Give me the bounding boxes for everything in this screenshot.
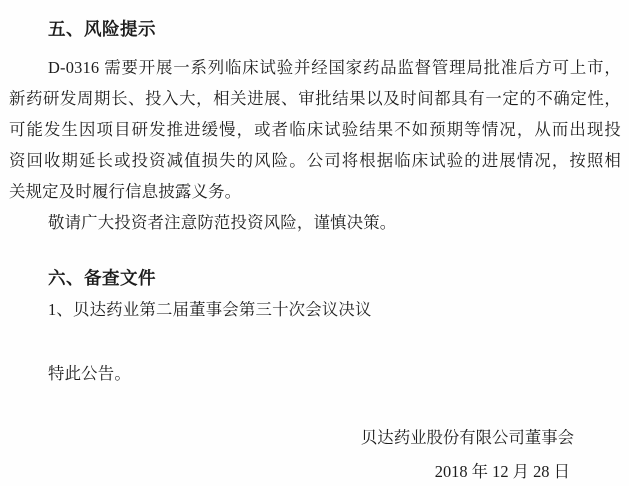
risk-paragraph-line-3: 可能发生因项目研发推进缓慢，或者临床试验结果不如预期等情况，从而出现投: [9, 114, 621, 145]
risk-paragraph-line-5: 关规定及时履行信息披露义务。: [9, 176, 621, 207]
announcement-document-page: 五、风险提示 D-0316 需要开展一系列临床试验并经国家药品监督管理局批准后方…: [0, 0, 629, 486]
risk-paragraph: D-0316 需要开展一系列临床试验并经国家药品监督管理局批准后方可上市， 新药…: [9, 52, 621, 207]
investor-caution-line: 敬请广大投资者注意防范投资风险，谨慎决策。: [9, 207, 621, 238]
risk-paragraph-line-1: D-0316 需要开展一系列临床试验并经国家药品监督管理局批准后方可上市，: [9, 52, 621, 83]
risk-paragraph-line-2: 新药研发周期长、投入大，相关进展、审批结果以及时间都具有一定的不确定性，: [9, 83, 621, 114]
risk-paragraph-line-4: 资回收期延长或投资减值损失的风险。公司将根据临床试验的进展情况，按照相: [9, 145, 621, 176]
signature-company-name: 贝达药业股份有限公司董事会: [9, 422, 621, 453]
closing-statement: 特此公告。: [9, 358, 621, 389]
section-6-reference-documents-heading: 六、备查文件: [48, 263, 621, 294]
section-5-risk-heading: 五、风险提示: [48, 14, 621, 45]
reference-document-item-1: 1、贝达药业第二届董事会第三十次会议决议: [9, 294, 621, 325]
signature-date: 2018 年 12 月 28 日: [9, 456, 621, 486]
